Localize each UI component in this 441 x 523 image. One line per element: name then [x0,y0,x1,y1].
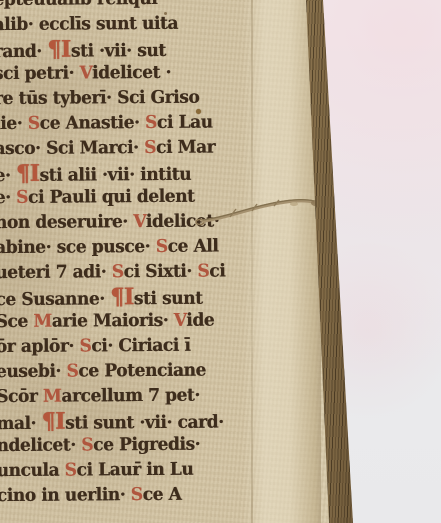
rubric-segment: M [33,311,52,332]
rubric-segment: S [28,113,40,134]
ink-segment: idelicet · [92,63,171,84]
ink-segment: sti alii ·vii· intitu [39,164,191,186]
ink-segment: ce All [167,236,218,257]
ink-segment: ueteri 7 adi· [0,261,112,283]
ink-segment: ci Lau [157,112,213,133]
rubric-segment: S [144,137,156,158]
rubric-segment: S [65,460,77,481]
ink-segment: asco· Sci Marci· [0,137,144,159]
rubricated-initial: ¶I [16,160,40,187]
ink-segment: ce Pigredis· [93,434,200,456]
ink-segment: ci Pauli qui delent [28,186,195,208]
rubric-segment: V [79,63,92,84]
ink-segment: e· [0,165,16,186]
text-line: uncula Sci Laur̄ in Lu [0,457,253,485]
text-line: mal· ¶Isti sunt ·vii· card· [0,407,252,435]
rubricated-initial: ¶I [47,35,71,62]
ink-segment: ci Sixti· [124,261,198,282]
ink-segment: ndelicet· [0,435,81,456]
text-line: ndelicet· Sce Pigredis· [0,432,252,460]
ink-segment: alib· ecclīs sunt uita [0,13,178,35]
ink-segment: ci Mar [156,137,215,158]
ink-segment: sci petri· [0,63,80,84]
rubricated-initial: ¶I [110,283,134,310]
text-line: eusebi· Sce Potenciane [0,358,252,386]
text-line: Scōr Marcellum 7 pet· [0,382,252,410]
ink-segment: eusebi· [0,361,66,382]
text-line: sci petri· Videlicet · [0,60,250,88]
ink-segment: sti ·vii· sut [71,40,166,61]
text-line: alib· ecclīs sunt uita [0,10,250,38]
parchment-repair-stitch [190,183,330,233]
ink-segment: ci Laur̄ in Lu [76,459,193,481]
text-line: ōr aplōr· Sci· Ciriaci ī [0,333,252,361]
ink-segment: ce Anastie· [40,112,146,134]
rubricated-initial: ¶I [41,407,65,434]
rubric-segment: M [43,386,62,407]
text-line: ueteri 7 adi· Sci Sixti· Sci [0,258,251,286]
ink-segment: e· [0,188,16,209]
ink-segment: ce A [143,484,182,505]
text-line: ce Susanne· ¶Isti sunt [0,283,251,311]
ink-segment: ōr aplōr· [0,336,79,357]
ink-segment: uncula [0,460,65,481]
text-line: cino in uerlin· Sce A [0,482,253,510]
rubric-segment: S [81,435,93,456]
rubric-segment: S [112,261,124,282]
rubric-segment: S [66,361,78,382]
ink-speck [164,12,167,15]
ink-segment: cino in uerlin· [0,484,131,506]
ink-segment: ci [209,261,225,282]
rubric-segment: S [145,112,157,133]
rubric-segment: V [174,311,187,332]
ink-segment: rand· [0,41,47,62]
rubric-segment: S [16,188,28,209]
ink-segment: Scōr [0,386,43,407]
ink-segment: arie Maioris· [52,311,174,333]
text-line: lie· Sce Anastie· Sci Lau [0,110,250,138]
text-line: Sce Marie Maioris· Vide [0,308,252,336]
ink-segment: Sce [0,312,33,333]
rubric-segment: S [79,336,91,357]
text-line: rand· ¶Isti ·vii· sut [0,35,250,63]
ink-segment: sti sunt ·vii· card· [65,412,224,434]
manuscript-photo: epteuualib reliquialib· ecclīs sunt uita… [0,0,441,523]
rubric-segment: S [131,484,143,505]
ink-segment: ce Potenciane [78,360,206,382]
text-line: re tūs tyberī· Sci Griso [0,85,250,113]
ink-segment: sti sunt [134,288,203,309]
text-line: abine· sce pusce· Sce All [0,234,251,262]
ink-segment: abine· sce pusce· [0,236,156,258]
ink-segment: lie· [0,113,28,134]
ink-segment: epteuualib reliqui [0,0,157,10]
rubric-segment: S [197,261,209,282]
ink-segment: arcellum 7 pet· [61,385,200,407]
ink-segment: ide [186,310,214,331]
rubric-segment: S [156,236,168,257]
ink-segment: ce Susanne· [0,288,110,310]
text-column: epteuualib reliquialib· ecclīs sunt uita… [0,0,253,509]
ink-segment: mal· [0,413,42,434]
ink-segment: non deseruire· [0,212,133,234]
text-line: asco· Sci Marci· Sci Mar [0,134,250,162]
ink-segment: re tūs tyberī· Sci Griso [0,87,199,109]
ink-speck [196,109,201,114]
page-fold-highlight [243,0,321,523]
rubric-segment: V [133,212,146,233]
ink-segment: ci· Ciriaci ī [91,335,190,356]
